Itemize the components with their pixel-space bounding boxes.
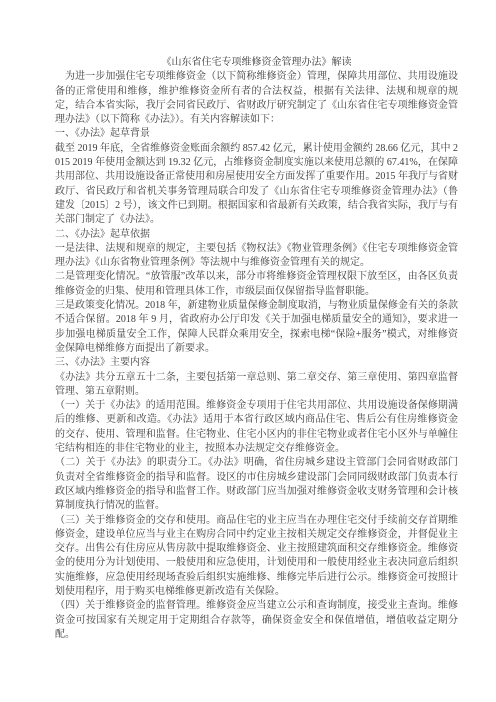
section-heading: 一、《办法》起草背景 — [55, 127, 458, 141]
document-page: 《山东省住宅专项维修资金管理办法》解读 为进一步加强住宅专项维修资金（以下简称维… — [0, 0, 496, 702]
document-title: 《山东省住宅专项维修资金管理办法》解读 — [55, 56, 458, 70]
section-heading: 三、《办法》主要内容 — [55, 356, 458, 370]
paragraph: 《办法》共分五章五十二条，主要包括第一章总则、第二章交存、第三章使用、第四章监督… — [55, 371, 458, 400]
paragraph: 一是法律、法规和规章的规定，主要包括《物权法》《物业管理条例》《住宅专项维修资金… — [55, 242, 458, 271]
paragraph: （二）关于《办法》的职责分工。《办法》明确，省住房城乡建设主管部门会同省财政部门… — [55, 456, 458, 513]
section-heading: 二、《办法》起草依据 — [55, 228, 458, 242]
paragraph: 三是政策变化情况。2018 年，新建物业质量保修金制度取消，与物业质量保修金有关… — [55, 299, 458, 356]
paragraph: （一）关于《办法》的适用范围。维修资金专项用于住宅共用部位、共用设施设备保修期满… — [55, 399, 458, 456]
paragraph: 二是管理变化情况。“放管服”改革以来，部分市将维修资金管理权限下放至区，由各区负… — [55, 270, 458, 299]
document-body: 《山东省住宅专项维修资金管理办法》解读 为进一步加强住宅专项维修资金（以下简称维… — [55, 56, 458, 642]
paragraph: 为进一步加强住宅专项维修资金（以下简称维修资金）管理，保障共用部位、共用设施设备… — [55, 70, 458, 127]
paragraph: （三）关于维修资金的交存和使用。商品住宅的业主应当在办理住宅交付手续前交存首期维… — [55, 514, 458, 600]
paragraph: （四）关于维修资金的监督管理。维修资金应当建立公示和查询制度，接受业主查询。维修… — [55, 599, 458, 642]
paragraph: 截至 2019 年底，全省维修资金账面余额约 857.42 亿元，累计使用金额约… — [55, 142, 458, 228]
